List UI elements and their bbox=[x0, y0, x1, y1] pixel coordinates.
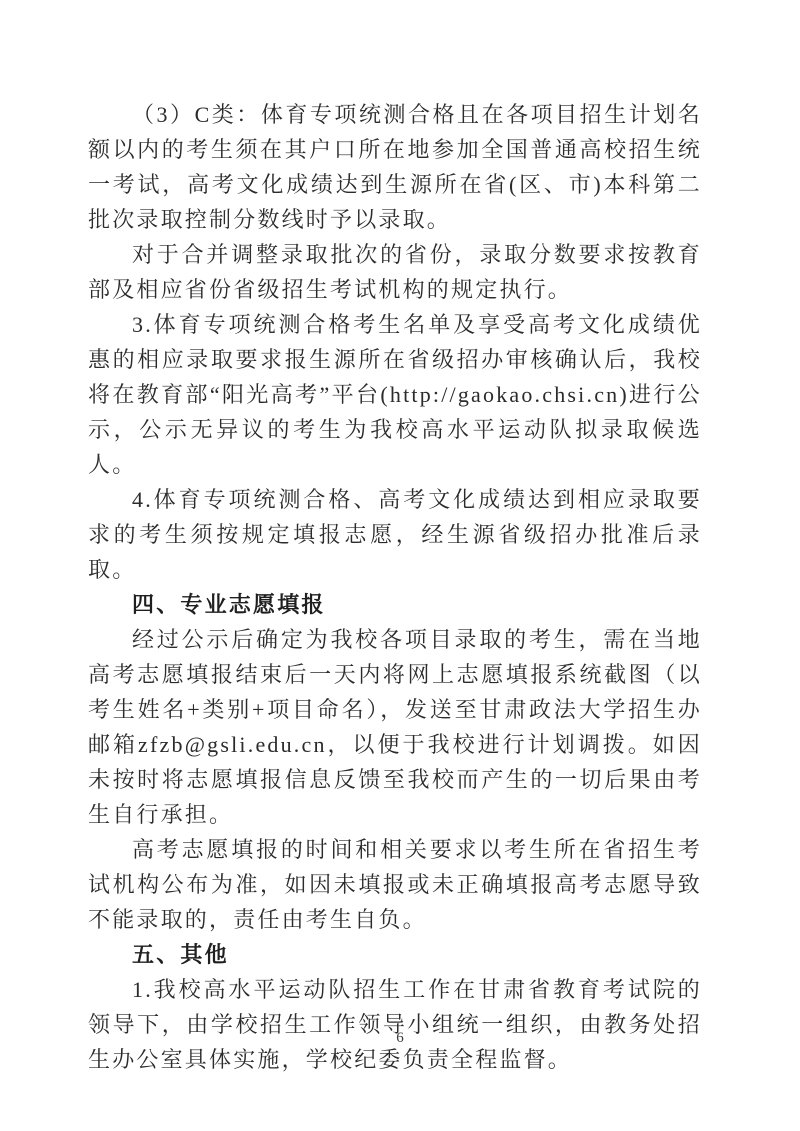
page-number: 6 bbox=[0, 1030, 800, 1047]
paragraph-volunteer-screenshot-submission: 经过公示后确定为我校各项目录取的考生，需在当地高考志愿填报结束后一天内将网上志愿… bbox=[88, 622, 702, 832]
paragraph-volunteer-time-requirement: 高考志愿填报的时间和相关要求以考生所在省招生考试机构公布为准，如因未填报或未正确… bbox=[88, 832, 702, 937]
document-body: （3）C类：体育专项统测合格且在各项目招生计划名额以内的考生须在其户口所在地参加… bbox=[88, 97, 702, 1077]
document-page: （3）C类：体育专项统测合格且在各项目招生计划名额以内的考生须在其户口所在地参加… bbox=[0, 0, 800, 1131]
paragraph-merged-batch-provinces: 对于合并调整录取批次的省份，录取分数要求按教育部及相应省份省级招生考试机构的规定… bbox=[88, 237, 702, 307]
paragraph-c-class-admission-rule: （3）C类：体育专项统测合格且在各项目招生计划名额以内的考生须在其户口所在地参加… bbox=[88, 97, 702, 237]
paragraph-qualified-list-publicity: 3.体育专项统测合格考生名单及享受高考文化成绩优惠的相应录取要求报生源所在省级招… bbox=[88, 307, 702, 482]
heading-section-5-other: 五、其他 bbox=[88, 937, 702, 972]
paragraph-volunteer-approval: 4.体育专项统测合格、高考文化成绩达到相应录取要求的考生须按规定填报志愿，经生源… bbox=[88, 482, 702, 587]
paragraph-supervision-organization: 1.我校高水平运动队招生工作在甘肃省教育考试院的领导下，由学校招生工作领导小组统… bbox=[88, 972, 702, 1077]
heading-section-4-major-volunteer: 四、专业志愿填报 bbox=[88, 587, 702, 622]
